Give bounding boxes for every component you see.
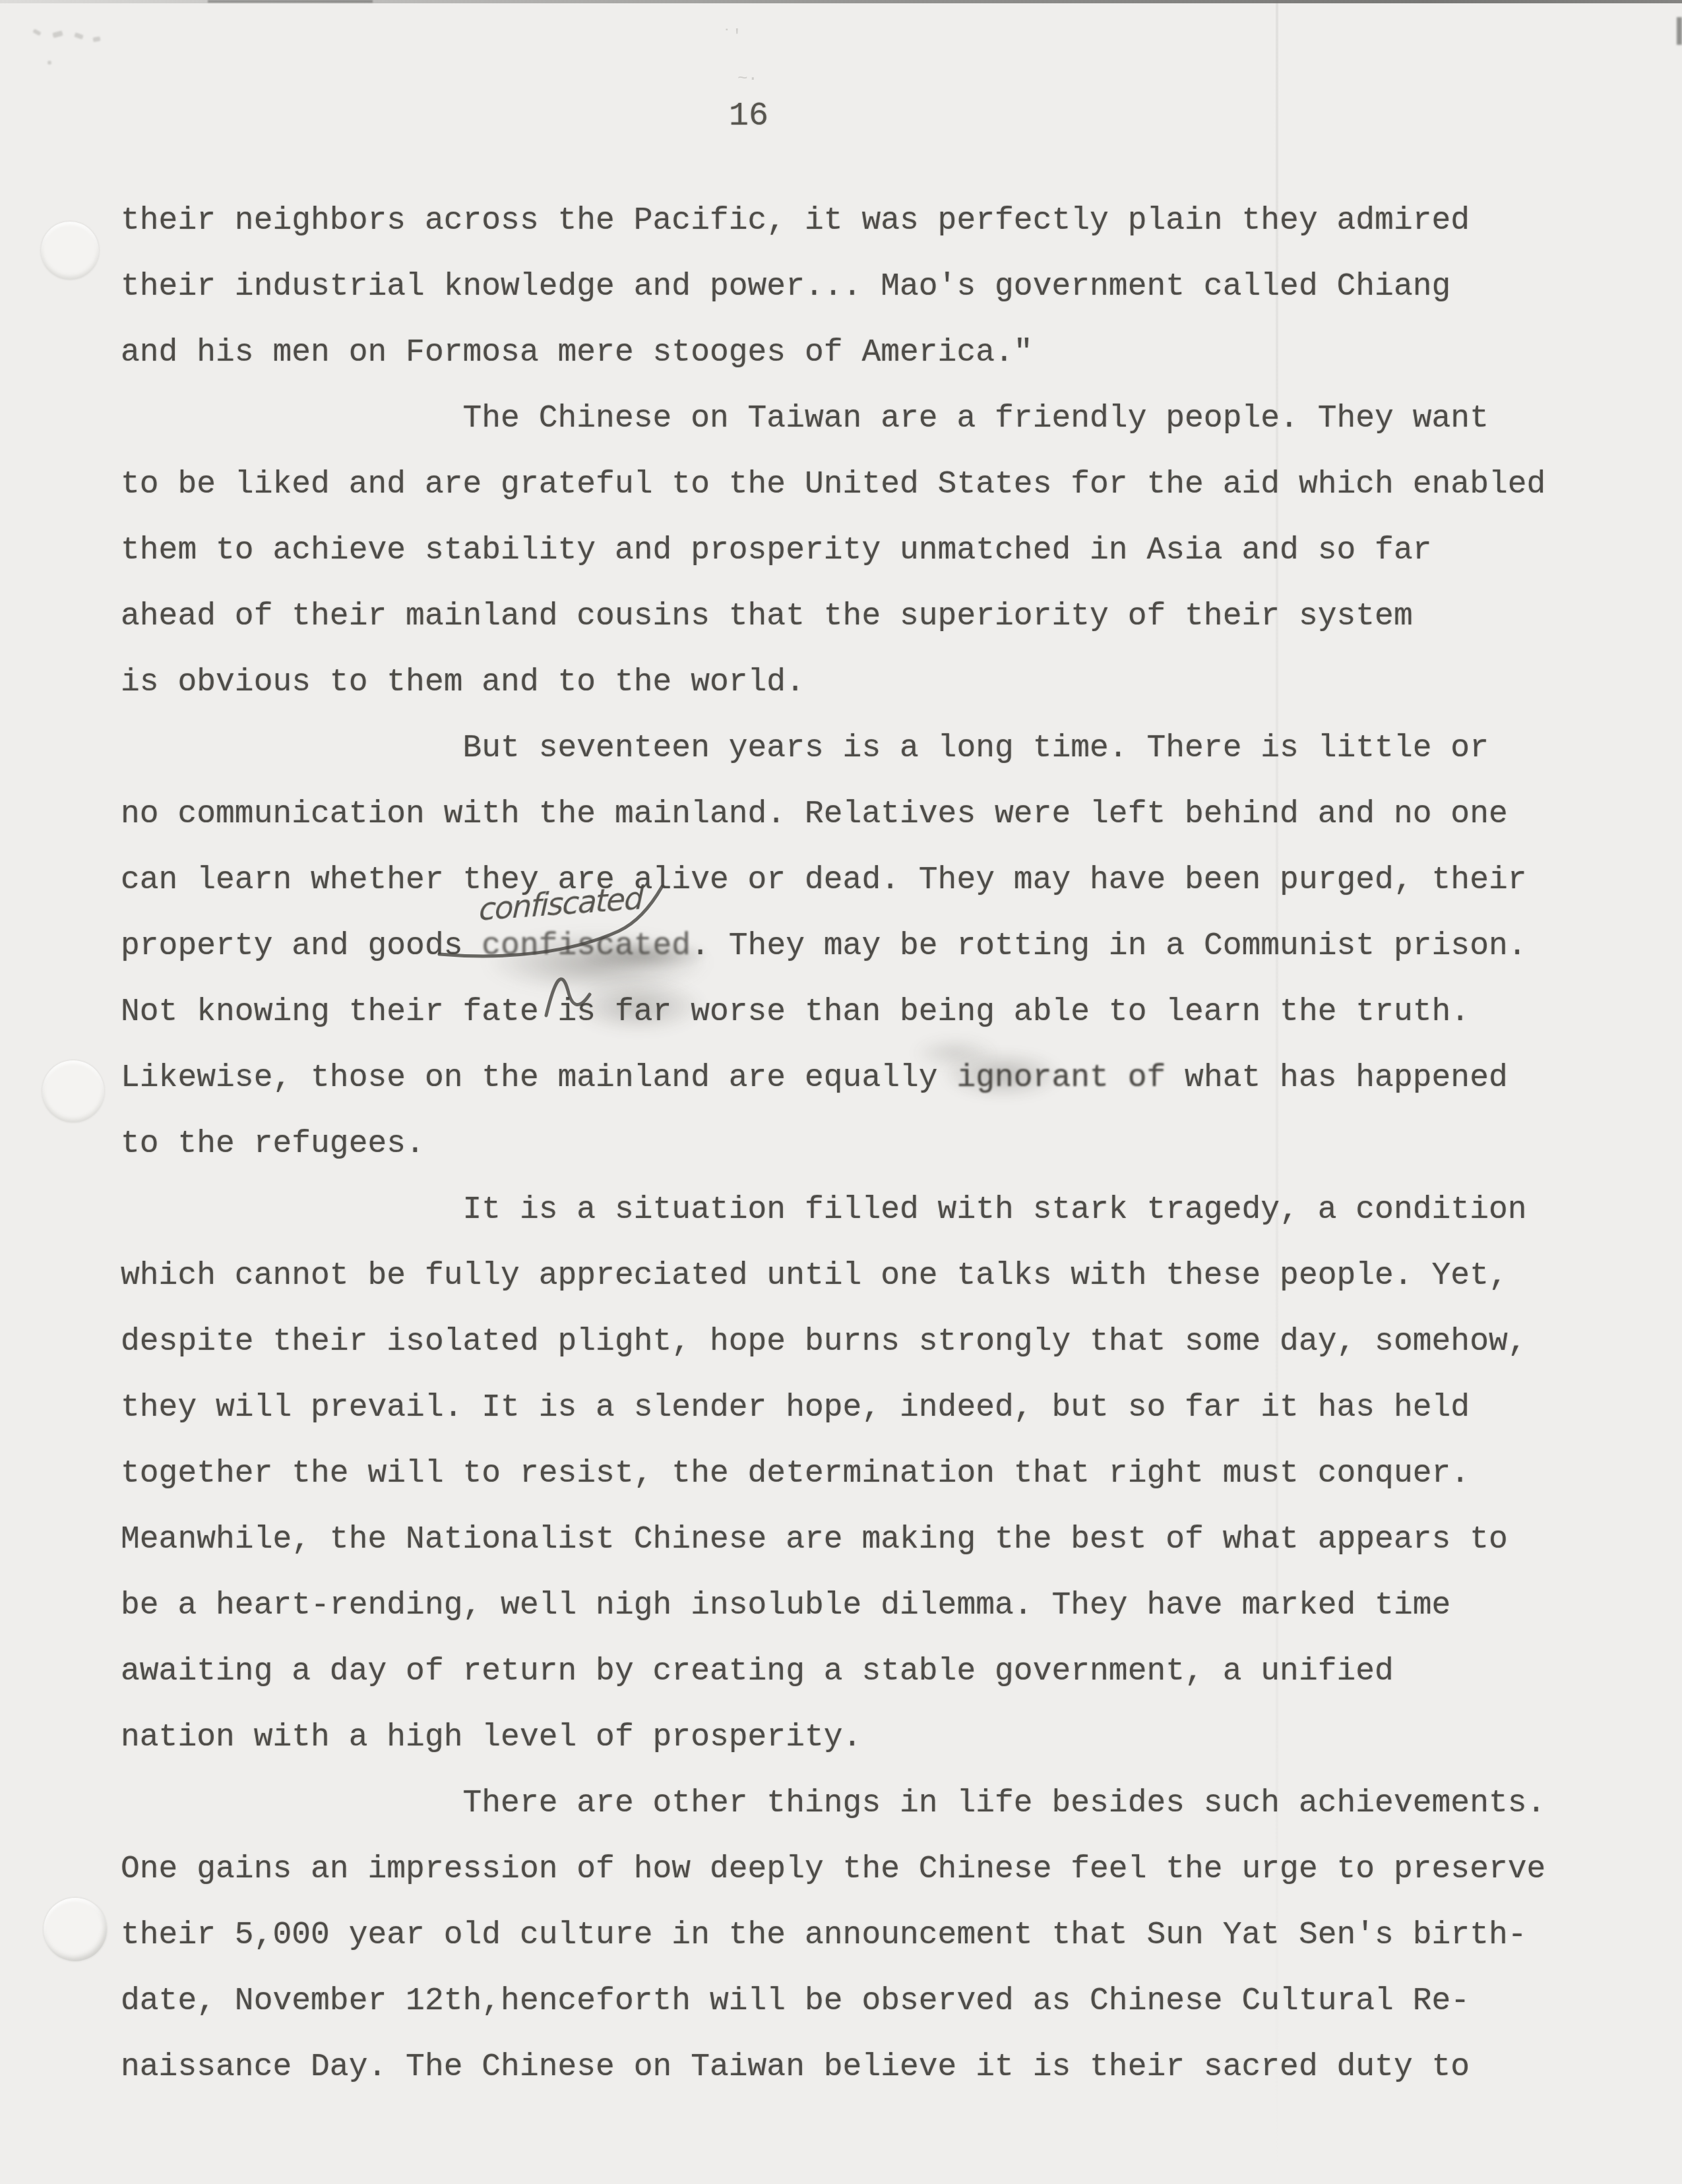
- pencil-mark: [52, 30, 63, 38]
- typed-line: and his men on Formosa mere stooges of A…: [121, 320, 1545, 386]
- typed-line: Not knowing their fate is far worse than…: [121, 979, 1545, 1045]
- punch-hole: [42, 1060, 104, 1122]
- typed-line: nation with a high level of prosperity.: [121, 1705, 1545, 1771]
- typed-line: Likewise, those on the mainland are equa…: [121, 1045, 1545, 1111]
- ink-smudge: [553, 935, 737, 975]
- typed-line: their neighbors across the Pacific, it w…: [121, 188, 1545, 254]
- typed-line: There are other things in life besides s…: [121, 1771, 1545, 1836]
- typed-line: awaiting a day of return by creating a s…: [121, 1639, 1545, 1705]
- typed-line: date, November 12th,henceforth will be o…: [121, 1968, 1545, 2034]
- typed-line: be a heart-rending, well nigh insoluble …: [121, 1573, 1545, 1639]
- scanned-typewritten-page: ˙' ~· 16 their neighbors across the Paci…: [0, 0, 1682, 2184]
- typed-segment: Likewise, those on the mainland are equa…: [121, 1060, 956, 1096]
- typed-segment: . They may be rotting in a Communist pri…: [691, 928, 1526, 964]
- typed-line: But seventeen years is a long time. Ther…: [121, 715, 1545, 781]
- pencil-mark: [92, 36, 100, 42]
- typed-line: which cannot be fully appreciated until …: [121, 1243, 1545, 1309]
- pencil-mark: ~·: [737, 69, 758, 88]
- typed-line: naissance Day. The Chinese on Taiwan bel…: [121, 2034, 1545, 2100]
- typed-line: they will prevail. It is a slender hope,…: [121, 1375, 1545, 1441]
- typed-line: The Chinese on Taiwan are a friendly peo…: [121, 386, 1545, 452]
- punch-hole: [44, 1898, 107, 1961]
- pencil-mark: [47, 61, 51, 65]
- typed-segment: property and goods: [121, 928, 482, 964]
- pencil-mark: [32, 29, 41, 36]
- typed-line: them to achieve stability and prosperity…: [121, 518, 1545, 584]
- punch-hole: [41, 222, 99, 280]
- scan-top-edge-blotch: [208, 0, 373, 3]
- typed-line: ahead of their mainland cousins that the…: [121, 584, 1545, 650]
- pencil-mark: ˙': [722, 26, 742, 46]
- typed-line: despite their isolated plight, hope burn…: [121, 1309, 1545, 1375]
- typed-line: to the refugees.: [121, 1111, 1545, 1177]
- page-number: 16: [719, 98, 778, 135]
- typed-line: together the will to resist, the determi…: [121, 1441, 1545, 1507]
- pencil-mark: [74, 32, 84, 40]
- ink-smudge: [894, 1033, 1016, 1074]
- typed-line: can learn whether they are alive or dead…: [121, 847, 1545, 913]
- typed-line: One gains an impression of how deeply th…: [121, 1836, 1545, 1902]
- typed-line: their 5,000 year old culture in the anno…: [121, 1902, 1545, 1968]
- typed-segment: what has happened: [1166, 1060, 1507, 1096]
- typed-text: their neighbors across the Pacific, it w…: [121, 188, 1545, 2100]
- typed-line: to be liked and are grateful to the Unit…: [121, 452, 1545, 518]
- typed-line: property and goods confiscated. They may…: [121, 913, 1545, 979]
- scan-right-edge-mark: [1677, 17, 1682, 45]
- typed-line: It is a situation filled with stark trag…: [121, 1177, 1545, 1243]
- ink-smudge: [542, 968, 733, 1044]
- typed-line: no communication with the mainland. Rela…: [121, 781, 1545, 847]
- typed-line: is obvious to them and to the world.: [121, 650, 1545, 715]
- typed-line: their industrial knowledge and power... …: [121, 254, 1545, 320]
- typed-line: Meanwhile, the Nationalist Chinese are m…: [121, 1507, 1545, 1573]
